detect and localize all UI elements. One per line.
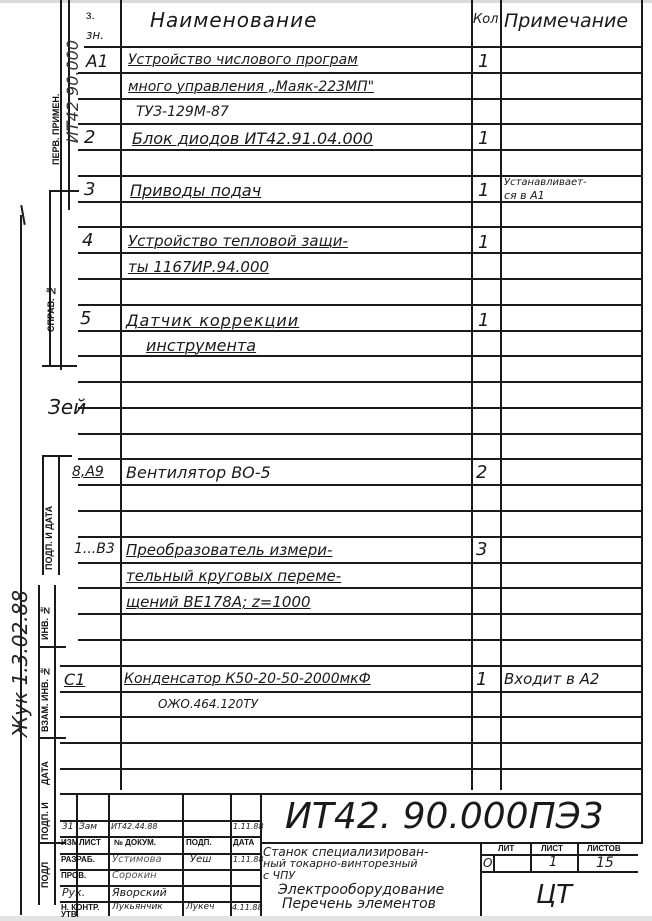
cell-pos: 5 [80,308,91,329]
row-line [78,149,643,151]
role-label: РАЗРАБ. [61,855,95,864]
label-izm: ИЗМ. [61,838,81,847]
label-lit: ЛИТ [498,844,514,853]
row-line [78,433,643,435]
cell-name-line: инструмента [146,336,256,355]
perv-primen-value: ИТ42 90.000 [63,40,82,143]
cell-pos: 8,А9 [72,464,104,480]
row-line [78,252,643,254]
label-date: ДАТА [233,838,254,847]
sheets-value: 15 [596,855,614,871]
row-line [60,716,643,718]
label-doc-no: № ДОКУМ. [114,838,156,847]
scan-top-edge [0,0,652,3]
strip-box-top [42,455,72,457]
cell-name-line: щений ВЕ178А; z=1000 [126,593,311,611]
cell-name-line: Конденсатор К50-20-50-2000мкФ [124,671,371,687]
col-divider-name [471,0,473,790]
col-divider-pos [120,0,122,790]
cell-note-line: Устанавливает- [504,177,587,188]
cell-name-line: тельный круговых переме- [126,567,341,585]
change-doc: ИТ42.44.88 [111,822,158,831]
cell-qty: 1 [478,51,489,72]
role-label: ПРОВ. [61,871,86,880]
row-line [78,536,643,538]
row-line [78,304,643,306]
strip-lower-right [54,585,56,905]
row-line [78,562,643,564]
label-podp: ПОДП. [186,838,212,847]
label-podl: ПОДЛ [40,848,50,888]
cell-pos: 1...В3 [74,541,115,557]
role-name: Лукьянчик [112,902,163,912]
cell-name-line: много управления „Маяк-223МП" [128,79,374,95]
cell-pos: 4 [82,230,93,251]
row-line [78,484,643,486]
cell-qty: 1 [478,232,489,253]
cell-qty: 1 [478,180,489,201]
doc-title-line: Перечень элементов [282,896,436,912]
strip-box-right [58,455,60,575]
row-line [78,355,643,357]
cell-name-line: Приводы подач [130,181,261,200]
row-line [78,226,643,228]
cell-qty: 2 [476,462,487,483]
change-list: Зам [79,822,97,832]
role-name: Устимова [112,854,162,865]
header-pos-line1: з. [86,8,95,22]
role-name: Сорокин [112,870,157,881]
cell-pos: 2 [84,127,95,148]
header-qty: Кол [473,12,499,27]
header-pos-line2: зн. [86,28,104,42]
scan-bottom-edge [0,916,652,921]
role-label: Рук. [62,886,85,899]
col-divider-qty [500,0,502,790]
label-inv-no: ИНВ. № [40,590,50,640]
row-line [78,510,643,512]
label-list: ЛИСТ [79,838,101,847]
row-line [78,458,643,460]
change-date: 1.11.88 [233,822,264,831]
cell-name-line: Устройство тепловой защи- [128,232,348,250]
row-line [78,278,643,280]
cell-name-line: Блок диодов ИТ42.91.04.000 [132,129,373,148]
cell-name-line: Преобразователь измери- [126,541,332,559]
label-sheets: ЛИСТОВ [587,844,621,853]
role-sign: Уеш [190,854,211,865]
tb-top-line [60,793,643,795]
row-line [78,98,643,100]
product-name-line: с ЧПУ [263,869,295,882]
row-line [60,742,643,744]
row-line [78,613,643,615]
lit-cell-divider [493,855,495,871]
tb-grid-h [60,869,260,871]
role-date: 1.11.88 [233,855,264,864]
label-sprav-no: СПРАВ. № [46,262,56,332]
cell-name-line: Датчик коррекции [126,311,299,330]
row-line [78,587,643,589]
strip-divider-1 [49,190,79,192]
row-line [78,201,643,203]
organization: ЦТ [536,880,572,910]
cell-name-line: ОЖО.464.120ТУ [158,697,258,711]
cell-qty: 1 [478,128,489,149]
lit-value-line [480,871,638,873]
sheet-sheets-divider [577,842,579,872]
tb-right-edge [641,793,643,843]
label-sheet: ЛИСТ [541,844,563,853]
row-line [78,123,643,125]
strip-divider-2 [42,365,77,367]
cell-name-line: ты 1167ИР.94.000 [128,258,269,276]
handwritten-signature: Жук 1.3.02.88 [8,590,32,737]
cell-note: Входит в А2 [504,670,599,688]
label-data: ДАТА [40,745,50,785]
row-line [78,72,643,74]
cell-note-line: ся в А1 [504,189,545,202]
strip-lower-div-2 [38,737,66,739]
lit-sheet-divider [530,842,532,872]
label-perv-primen: ПЕРВ. ПРИМЕН. [51,45,61,165]
tb-designation-bottom [260,842,643,844]
row-line [84,46,643,48]
sheet-value: 1 [549,855,557,870]
cell-qty: 3 [476,539,487,560]
lit-label-line [480,854,638,856]
cell-name-line: Устройство числового програм [128,52,358,68]
row-line [60,665,643,667]
header-note: Примечание [504,10,628,32]
row-line [78,407,643,409]
role-date: 4.11.88 [232,903,263,912]
cell-qty: 1 [478,310,489,331]
header-name: Наименование [150,8,317,32]
role-name: Яворский [112,886,167,899]
role-sign: Лукеч [186,902,214,912]
strip-lower-div-1 [38,646,66,648]
col-divider-right [641,0,643,795]
document-designation: ИТ42. 90.000ПЭ3 [285,796,604,837]
lit-value: О [483,856,492,870]
cell-pos: А1 [86,52,108,72]
row-line [60,691,643,693]
cell-qty: 1 [476,669,487,690]
role-label: УТВ. [61,910,79,919]
cell-pos: 3 [84,179,95,200]
change-izm: 31 [62,822,73,832]
row-line [78,381,643,383]
cell-pos: С1 [64,670,85,689]
label-podp-data: ПОДП. И ДАТА [44,460,54,570]
strip-line-outer [20,215,22,915]
label-vzam-inv: ВЗАМ. ИНВ. № [40,652,50,732]
row-line [60,768,643,770]
cell-name-line: ТУЗ-129М-87 [136,104,229,120]
row-line [78,639,643,641]
row-line [78,330,643,332]
cell-name-line: Вентилятор ВО-5 [126,463,271,482]
label-podp-i: ПОДП. И [40,790,50,840]
